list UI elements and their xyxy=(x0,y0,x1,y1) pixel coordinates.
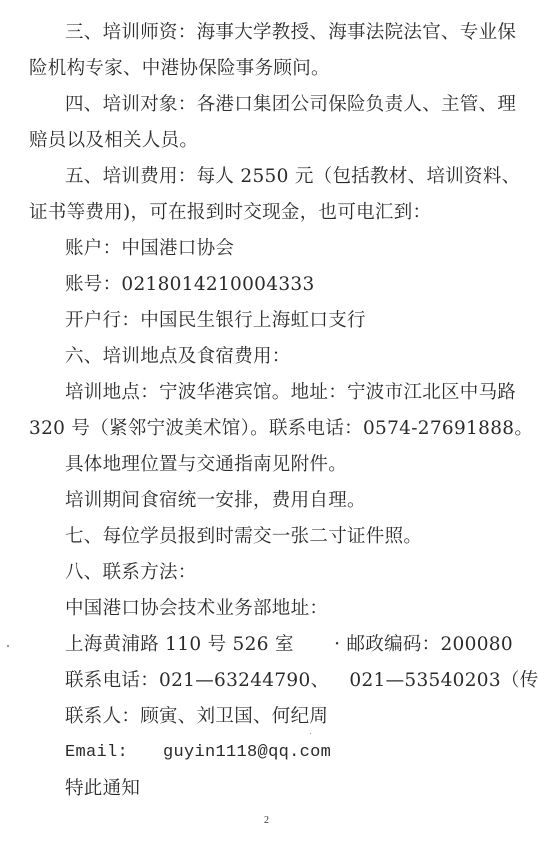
accommodation-note: 培训期间食宿统一安排，费用自理。 xyxy=(65,489,366,513)
dept-address-label: 中国港口协会技术业务部地址： xyxy=(65,597,328,621)
location-directions: 具体地理位置与交通指南见附件。 xyxy=(65,453,347,477)
photo-requirement: 七、每位学员报到时需交一张二寸证件照。 xyxy=(65,525,422,549)
email-line: Email: guyin1118@qq.com xyxy=(65,741,331,765)
scan-speck xyxy=(310,733,311,734)
location-heading: 六、培训地点及食宿费用： xyxy=(65,345,291,369)
fee-line-1: 五、培训费用：每人 2550 元（包括教材、培训资料、 xyxy=(65,165,520,189)
account-number: 账号：0218014210004333 xyxy=(65,273,315,297)
closing-text: 特此通知 xyxy=(65,777,140,801)
fax-number: 021—53540203（传真） xyxy=(349,670,538,691)
street-address: 上海黄浦路 110 号 526 室 xyxy=(65,634,294,655)
fee-line-2: 证书等费用)，可在报到时交现金，也可电汇到： xyxy=(29,201,431,225)
email-label: Email: xyxy=(65,743,128,762)
location-line-2: 320 号（紧邻宁波美术馆）。联系电话：0574-27691888。 xyxy=(29,417,533,441)
account-name: 账户：中国港口协会 xyxy=(65,237,234,261)
teachers-line-2: 险机构专家、中港协保险事务顾问。 xyxy=(29,57,330,81)
phone-number: 联系电话：021—63244790、 xyxy=(65,670,329,691)
phone-line: 联系电话：021—63244790、021—53540203（传真） xyxy=(65,669,538,693)
scan-speck xyxy=(7,645,9,647)
email-address[interactable]: guyin1118@qq.com xyxy=(163,743,331,762)
address-line: 上海黄浦路 110 号 526 室 · 邮政编码：200080 xyxy=(65,633,513,657)
page-number: 2 xyxy=(264,815,269,826)
location-line-1: 培训地点：宁波华港宾馆。地址：宁波市江北区中马路 xyxy=(65,381,516,405)
contact-heading: 八、联系方法： xyxy=(65,561,197,585)
postcode: · 邮政编码：200080 xyxy=(334,634,513,655)
audience-line-1: 四、培训对象：各港口集团公司保险负责人、主管、理 xyxy=(65,93,516,117)
contact-people: 联系人：顾寅、刘卫国、何纪周 xyxy=(65,705,328,729)
bank-name: 开户行：中国民生银行上海虹口支行 xyxy=(65,309,366,333)
audience-line-2: 赔员以及相关人员。 xyxy=(29,129,198,153)
document-page: 三、培训师资：海事大学教授、海事法院法官、专业保 险机构专家、中港协保险事务顾问… xyxy=(0,0,538,848)
teachers-line-1: 三、培训师资：海事大学教授、海事法院法官、专业保 xyxy=(65,21,516,45)
